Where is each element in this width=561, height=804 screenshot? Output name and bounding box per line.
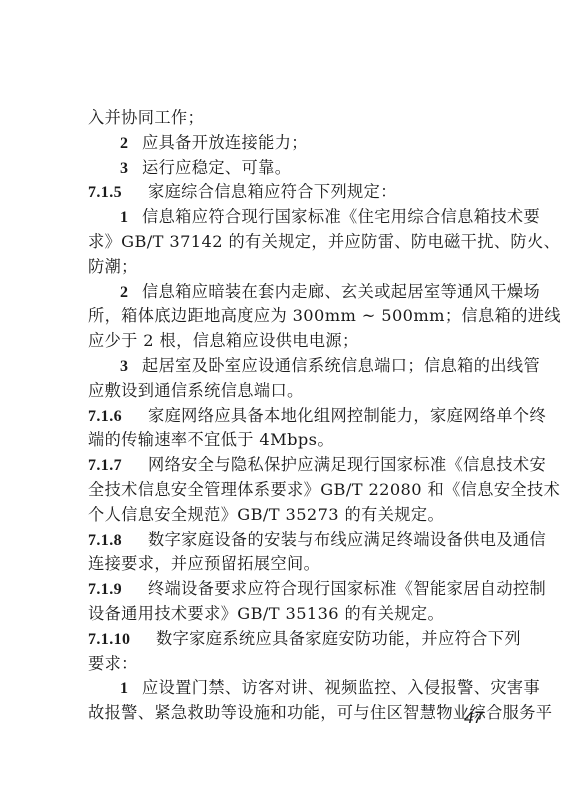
item-number: 2 — [120, 281, 142, 306]
text-line: 应少于 2 根，信息箱应设供电电源； — [88, 329, 488, 354]
line-text: 入并协同工作； — [88, 108, 204, 127]
text-line: 连接要求，并应预留拓展空间。 — [88, 552, 488, 577]
item-number: 1 — [120, 206, 142, 231]
line-text: 起居室及卧室应设通信系统信息端口；信息箱的出线管 — [142, 356, 540, 375]
line-text: 所，箱体底边距地高度应为 300mm ~ 500mm；信息箱的进线管不 — [88, 306, 561, 325]
clause-line: 7.1.5家庭综合信息箱应符合下列规定： — [88, 180, 488, 205]
list-item-line: 1应设置门禁、访客对讲、视频监控、入侵报警、灾害事 — [88, 676, 488, 701]
line-text: 个人信息安全规范》GB/T 35273 的有关规定。 — [88, 505, 444, 524]
line-text: 应具备开放连接能力； — [142, 133, 308, 152]
line-text: 数字家庭设备的安装与布线应满足终端设备供电及通信 — [148, 530, 546, 549]
line-text: 端的传输速率不宜低于 4Mbps。 — [88, 430, 334, 449]
line-text: 信息箱应符合现行国家标准《住宅用综合信息箱技术要 — [142, 207, 540, 226]
line-text: 连接要求，并应预留拓展空间。 — [88, 554, 320, 573]
text-line: 故报警、紧急救助等设施和功能，可与住区智慧物业综合服务平 — [88, 701, 488, 726]
line-text: 应敷设到通信系统信息端口。 — [88, 381, 304, 400]
clause-number: 7.1.8 — [88, 529, 148, 554]
line-text: 数字家庭系统应具备家庭安防功能，并应符合下列 — [156, 629, 521, 648]
clause-line: 7.1.6家庭网络应具备本地化组网控制能力，家庭网络单个终 — [88, 404, 488, 429]
text-line: 全技术信息安全管理体系要求》GB/T 22080 和《信息安全技术 — [88, 478, 488, 503]
text-line: 个人信息安全规范》GB/T 35273 的有关规定。 — [88, 503, 488, 528]
list-item-line: 2应具备开放连接能力； — [88, 131, 488, 156]
text-line: 端的传输速率不宜低于 4Mbps。 — [88, 428, 488, 453]
line-text: 应设置门禁、访客对讲、视频监控、入侵报警、灾害事 — [142, 678, 540, 697]
item-number: 2 — [120, 132, 142, 157]
line-text: 运行应稳定、可靠。 — [142, 158, 291, 177]
clause-number: 7.1.9 — [88, 578, 148, 603]
item-number: 1 — [120, 677, 142, 702]
clause-number: 7.1.6 — [88, 405, 148, 430]
text-line: 所，箱体底边距地高度应为 300mm ~ 500mm；信息箱的进线管不 — [88, 304, 488, 329]
document-body: 入并协同工作；2应具备开放连接能力；3运行应稳定、可靠。7.1.5家庭综合信息箱… — [88, 106, 488, 726]
line-text: 要求： — [88, 654, 138, 673]
line-text: 信息箱应暗装在套内走廊、玄关或起居室等通风干燥场 — [142, 282, 540, 301]
line-text: 防潮； — [88, 257, 138, 276]
text-line: 求》GB/T 37142 的有关规定，并应防雷、防电磁干扰、防火、 — [88, 230, 488, 255]
clause-number: 7.1.7 — [88, 454, 148, 479]
item-number: 3 — [120, 157, 142, 182]
line-text: 家庭网络应具备本地化组网控制能力，家庭网络单个终 — [148, 406, 546, 425]
list-item-line: 3运行应稳定、可靠。 — [88, 156, 488, 181]
text-line: 入并协同工作； — [88, 106, 488, 131]
line-text: 网络安全与隐私保护应满足现行国家标准《信息技术安 — [148, 455, 546, 474]
clause-line: 7.1.8数字家庭设备的安装与布线应满足终端设备供电及通信 — [88, 528, 488, 553]
clause-line: 7.1.9终端设备要求应符合现行国家标准《智能家居自动控制 — [88, 577, 488, 602]
line-text: 终端设备要求应符合现行国家标准《智能家居自动控制 — [148, 579, 546, 598]
line-text: 应少于 2 根，信息箱应设供电电源； — [88, 331, 359, 350]
line-text: 设备通用技术要求》GB/T 35136 的有关规定。 — [88, 604, 444, 623]
text-line: 要求： — [88, 652, 488, 677]
clause-line: 7.1.10数字家庭系统应具备家庭安防功能，并应符合下列 — [88, 627, 488, 652]
text-line: 应敷设到通信系统信息端口。 — [88, 379, 488, 404]
line-text: 全技术信息安全管理体系要求》GB/T 22080 和《信息安全技术 — [88, 480, 560, 499]
line-text: 求》GB/T 37142 的有关规定，并应防雷、防电磁干扰、防火、 — [88, 232, 560, 251]
page-number: 47 — [464, 708, 483, 728]
list-item-line: 2信息箱应暗装在套内走廊、玄关或起居室等通风干燥场 — [88, 280, 488, 305]
clause-line: 7.1.7网络安全与隐私保护应满足现行国家标准《信息技术安 — [88, 453, 488, 478]
item-number: 3 — [120, 355, 142, 380]
clause-number: 7.1.5 — [88, 181, 148, 206]
text-line: 设备通用技术要求》GB/T 35136 的有关规定。 — [88, 602, 488, 627]
list-item-line: 1信息箱应符合现行国家标准《住宅用综合信息箱技术要 — [88, 205, 488, 230]
text-line: 防潮； — [88, 255, 488, 280]
clause-number: 7.1.10 — [88, 628, 156, 653]
line-text: 家庭综合信息箱应符合下列规定： — [148, 182, 397, 201]
list-item-line: 3起居室及卧室应设通信系统信息端口；信息箱的出线管 — [88, 354, 488, 379]
